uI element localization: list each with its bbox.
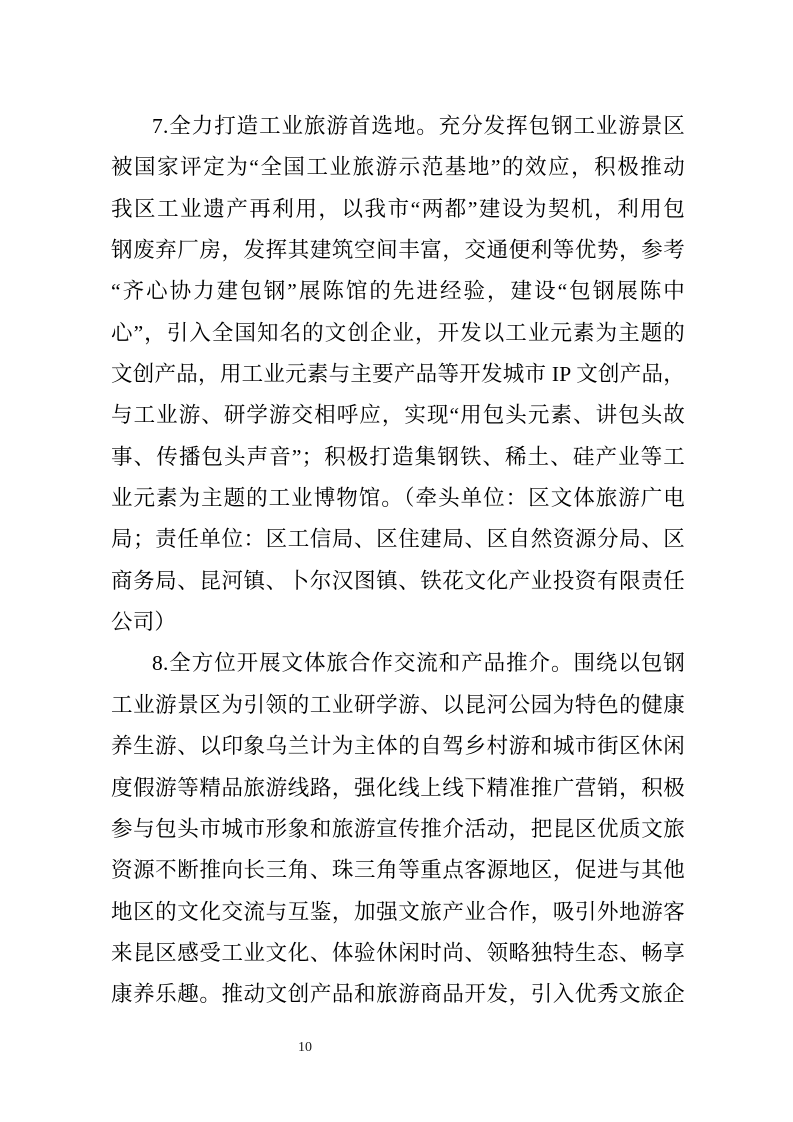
text-line: 度假游等精品旅游线路，强化线上线下精准推广营销，积极 xyxy=(111,768,685,809)
document-page: 7.全力打造工业旅游首选地。充分发挥包钢工业游景区 被国家评定为“全国工业旅游示… xyxy=(0,0,793,1122)
text-line: 8.全方位开展文体旅合作交流和产品推介。围绕以包钢 xyxy=(111,643,685,684)
text-line: 商务局、昆河镇、卜尔汉图镇、铁花文化产业投资有限责任 xyxy=(111,561,685,602)
document-body: 7.全力打造工业旅游首选地。充分发挥包钢工业游景区 被国家评定为“全国工业旅游示… xyxy=(111,106,685,1016)
paragraph-7: 7.全力打造工业旅游首选地。充分发挥包钢工业游景区 被国家评定为“全国工业旅游示… xyxy=(111,106,685,643)
text-line: 资源不断推向长三角、珠三角等重点客源地区，促进与其他 xyxy=(111,850,685,891)
text-line: 7.全力打造工业旅游首选地。充分发挥包钢工业游景区 xyxy=(111,106,685,147)
text-line: 事、传播包头声音”；积极打造集钢铁、稀土、硅产业等工 xyxy=(111,437,685,478)
text-line: 钢废弃厂房，发挥其建筑空间丰富，交通便利等优势，参考 xyxy=(111,230,685,271)
text-line: 文创产品，用工业元素与主要产品等开发城市 IP 文创产品， xyxy=(111,354,685,395)
page-number: 10 xyxy=(298,1040,312,1056)
text-line: 被国家评定为“全国工业旅游示范基地”的效应，积极推动 xyxy=(111,147,685,188)
text-line: 与工业游、研学游交相呼应，实现“用包头元素、讲包头故 xyxy=(111,395,685,436)
paragraph-8: 8.全方位开展文体旅合作交流和产品推介。围绕以包钢 工业游景区为引领的工业研学游… xyxy=(111,643,685,1015)
text-line: 来昆区感受工业文化、体验休闲时尚、领略独特生态、畅享 xyxy=(111,933,685,974)
text-line: 地区的文化交流与互鉴，加强文旅产业合作，吸引外地游客 xyxy=(111,892,685,933)
text-line: 参与包头市城市形象和旅游宣传推介活动，把昆区优质文旅 xyxy=(111,809,685,850)
text-line: 公司） xyxy=(111,602,685,643)
text-line: 我区工业遗产再利用，以我市“两都”建设为契机，利用包 xyxy=(111,189,685,230)
text-line: 工业游景区为引领的工业研学游、以昆河公园为特色的健康 xyxy=(111,685,685,726)
text-line: 业元素为主题的工业博物馆。（牵头单位：区文体旅游广电 xyxy=(111,478,685,519)
text-line: 局；责任单位：区工信局、区住建局、区自然资源分局、区 xyxy=(111,519,685,560)
text-line: “齐心协力建包钢”展陈馆的先进经验，建设“包钢展陈中 xyxy=(111,271,685,312)
text-line: 康养乐趣。推动文创产品和旅游商品开发，引入优秀文旅企 xyxy=(111,974,685,1015)
text-line: 养生游、以印象乌兰计为主体的自驾乡村游和城市街区休闲 xyxy=(111,726,685,767)
text-line: 心”，引入全国知名的文创企业，开发以工业元素为主题的 xyxy=(111,313,685,354)
